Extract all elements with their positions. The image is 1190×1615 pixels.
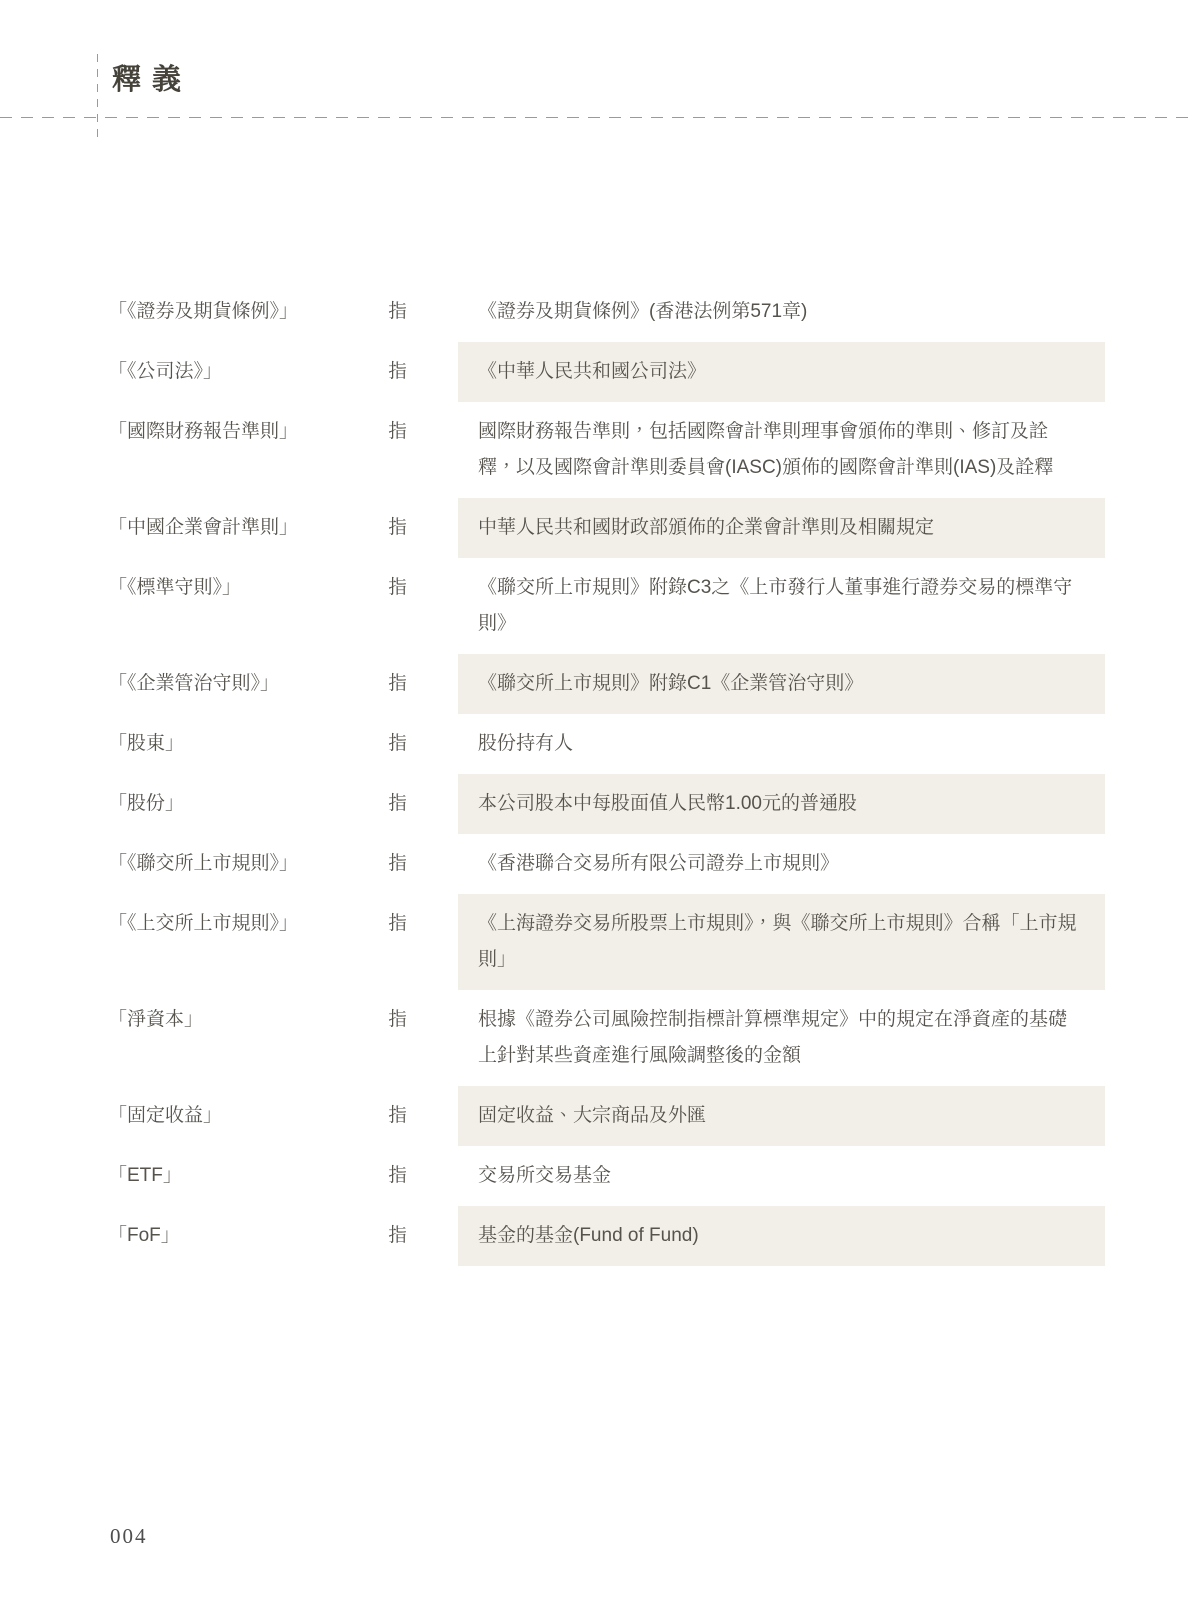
glossary-row: 「《公司法》」 指 《中華人民共和國公司法》 (108, 342, 1105, 402)
glossary-row: 「固定收益」 指 固定收益、大宗商品及外匯 (108, 1086, 1105, 1146)
definition-cell: 中華人民共和國財政部頒佈的企業會計準則及相關規定 (458, 498, 1105, 558)
term-cell: 「固定收益」 (108, 1086, 388, 1146)
term-cell: 「《標準守則》」 (108, 558, 388, 654)
definition-cell: 《證券及期貨條例》(香港法例第571章) (458, 282, 1105, 342)
definition-cell: 交易所交易基金 (458, 1146, 1105, 1206)
connector-cell: 指 (388, 498, 458, 558)
connector-cell: 指 (388, 282, 458, 342)
definition-cell: 《聯交所上市規則》附錄C3之《上市發行人董事進行證券交易的標準守則》 (458, 558, 1105, 654)
connector-cell: 指 (388, 1146, 458, 1206)
page-title: 釋義 (112, 57, 192, 98)
header-horizontal-dashed-line (0, 117, 1190, 118)
connector-cell: 指 (388, 894, 458, 990)
term-cell: 「股份」 (108, 774, 388, 834)
connector-cell: 指 (388, 342, 458, 402)
glossary-row: 「FoF」 指 基金的基金(Fund of Fund) (108, 1206, 1105, 1266)
glossary-row: 「《企業管治守則》」 指 《聯交所上市規則》附錄C1《企業管治守則》 (108, 654, 1105, 714)
term-cell: 「《公司法》」 (108, 342, 388, 402)
glossary-row: 「股東」 指 股份持有人 (108, 714, 1105, 774)
definition-cell: 《中華人民共和國公司法》 (458, 342, 1105, 402)
glossary-row: 「《證券及期貨條例》」 指 《證券及期貨條例》(香港法例第571章) (108, 282, 1105, 342)
definition-cell: 本公司股本中每股面值人民幣1.00元的普通股 (458, 774, 1105, 834)
connector-cell: 指 (388, 1086, 458, 1146)
glossary-row: 「淨資本」 指 根據《證券公司風險控制指標計算標準規定》中的規定在淨資產的基礎上… (108, 990, 1105, 1086)
definition-cell: 股份持有人 (458, 714, 1105, 774)
definition-cell: 《香港聯合交易所有限公司證券上市規則》 (458, 834, 1105, 894)
connector-cell: 指 (388, 402, 458, 498)
connector-cell: 指 (388, 1206, 458, 1266)
definition-cell: 基金的基金(Fund of Fund) (458, 1206, 1105, 1266)
term-cell: 「FoF」 (108, 1206, 388, 1266)
connector-cell: 指 (388, 990, 458, 1086)
page-number: 004 (110, 1524, 148, 1549)
connector-cell: 指 (388, 654, 458, 714)
term-cell: 「股東」 (108, 714, 388, 774)
header-vertical-dashed-line (97, 54, 98, 144)
connector-cell: 指 (388, 714, 458, 774)
glossary-row: 「《聯交所上市規則》」 指 《香港聯合交易所有限公司證券上市規則》 (108, 834, 1105, 894)
term-cell: 「國際財務報告準則」 (108, 402, 388, 498)
connector-cell: 指 (388, 834, 458, 894)
term-cell: 「中國企業會計準則」 (108, 498, 388, 558)
term-cell: 「《企業管治守則》」 (108, 654, 388, 714)
definition-cell: 《上海證券交易所股票上市規則》，與《聯交所上市規則》合稱「上市規則」 (458, 894, 1105, 990)
glossary-row: 「ETF」 指 交易所交易基金 (108, 1146, 1105, 1206)
glossary-row: 「中國企業會計準則」 指 中華人民共和國財政部頒佈的企業會計準則及相關規定 (108, 498, 1105, 558)
definition-cell: 根據《證券公司風險控制指標計算標準規定》中的規定在淨資產的基礎上針對某些資產進行… (458, 990, 1105, 1086)
definition-cell: 國際財務報告準則，包括國際會計準則理事會頒佈的準則、修訂及詮釋，以及國際會計準則… (458, 402, 1105, 498)
connector-cell: 指 (388, 774, 458, 834)
connector-cell: 指 (388, 558, 458, 654)
glossary-row: 「《上交所上市規則》」 指 《上海證券交易所股票上市規則》，與《聯交所上市規則》… (108, 894, 1105, 990)
glossary-table: 「《證券及期貨條例》」 指 《證券及期貨條例》(香港法例第571章) 「《公司法… (108, 282, 1105, 1266)
term-cell: 「《證券及期貨條例》」 (108, 282, 388, 342)
definition-cell: 《聯交所上市規則》附錄C1《企業管治守則》 (458, 654, 1105, 714)
term-cell: 「淨資本」 (108, 990, 388, 1086)
term-cell: 「《聯交所上市規則》」 (108, 834, 388, 894)
glossary-row: 「《標準守則》」 指 《聯交所上市規則》附錄C3之《上市發行人董事進行證券交易的… (108, 558, 1105, 654)
glossary-row: 「股份」 指 本公司股本中每股面值人民幣1.00元的普通股 (108, 774, 1105, 834)
glossary-row: 「國際財務報告準則」 指 國際財務報告準則，包括國際會計準則理事會頒佈的準則、修… (108, 402, 1105, 498)
definition-cell: 固定收益、大宗商品及外匯 (458, 1086, 1105, 1146)
term-cell: 「《上交所上市規則》」 (108, 894, 388, 990)
term-cell: 「ETF」 (108, 1146, 388, 1206)
